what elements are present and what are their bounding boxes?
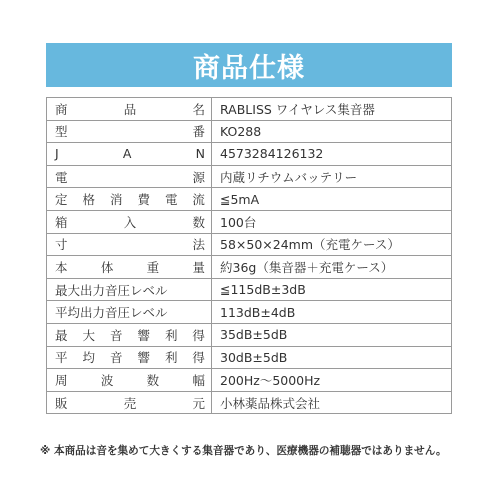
spec-label-char: 響 [137, 348, 150, 366]
spec-label-char: 最 [55, 326, 68, 344]
spec-label-text: 電源 [55, 168, 205, 186]
spec-value: 30dB±5dB [212, 346, 452, 369]
table-row: 平均音響利得30dB±5dB [47, 346, 452, 369]
spec-label-char: 定 [55, 190, 68, 208]
spec-value: ≦5mA [212, 188, 452, 211]
table-row: 平均出力音圧レベル113dB±4dB [47, 301, 452, 324]
spec-label-text: 最大出力音圧レベル [55, 281, 205, 299]
spec-label-char: 元 [192, 394, 205, 412]
spec-label: 定格消費電流 [47, 188, 212, 211]
footnote: ※ 本商品は音を集めて大きくする集音器であり、医療機器の補聴器ではありません。 [40, 443, 447, 458]
spec-label-char: J [55, 146, 59, 161]
spec-label-char: A [123, 146, 132, 161]
spec-label-text: 箱入数 [55, 213, 205, 231]
spec-label: 最大出力音圧レベル [47, 278, 212, 301]
spec-value: 4573284126132 [212, 143, 452, 166]
spec-label-char: 平 [55, 348, 68, 366]
spec-label: 平均出力音圧レベル [47, 301, 212, 324]
spec-label-char: 幅 [192, 371, 205, 389]
spec-label-char: 音 [110, 326, 123, 344]
spec-value: 200Hz〜5000Hz [212, 369, 452, 392]
spec-label-char: 格 [82, 190, 95, 208]
spec-label: 最大音響利得 [47, 323, 212, 346]
spec-label-char: 売 [124, 394, 137, 412]
spec-label-char: 入 [124, 213, 137, 231]
spec-label-char: 数 [192, 213, 205, 231]
spec-value: 100台 [212, 210, 452, 233]
spec-label-text: 本体重量 [55, 258, 205, 276]
spec-label: 本体重量 [47, 256, 212, 279]
spec-value: 35dB±5dB [212, 323, 452, 346]
spec-label-char: 流 [192, 190, 205, 208]
spec-label-char: 寸 [55, 235, 68, 253]
spec-label-char: 型 [55, 122, 68, 140]
spec-label-char: 利 [165, 326, 178, 344]
spec-label-text: 定格消費電流 [55, 190, 205, 208]
spec-value: 小林薬品株式会社 [212, 391, 452, 414]
spec-label-char: 量 [192, 258, 205, 276]
spec-label: 販売元 [47, 391, 212, 414]
spec-value: 58×50×24mm（充電ケース） [212, 233, 452, 256]
spec-label-text: 周波数幅 [55, 371, 205, 389]
spec-label-char: 音 [110, 348, 123, 366]
spec-label-char: 均 [82, 348, 95, 366]
spec-label-char: 響 [137, 326, 150, 344]
spec-label-char: 大 [82, 326, 95, 344]
spec-label-char: 名 [192, 100, 205, 118]
table-row: JAN4573284126132 [47, 143, 452, 166]
spec-label-char: 重 [147, 258, 160, 276]
table-row: 本体重量約36g（集音器＋充電ケース） [47, 256, 452, 279]
spec-label-text: 寸法 [55, 235, 205, 253]
spec-label-char: 利 [165, 348, 178, 366]
spec-label-char: 本 [55, 258, 68, 276]
spec-label: JAN [47, 143, 212, 166]
spec-label: 型番 [47, 120, 212, 143]
spec-value: KO288 [212, 120, 452, 143]
spec-value: ≦115dB±3dB [212, 278, 452, 301]
table-row: 最大出力音圧レベル≦115dB±3dB [47, 278, 452, 301]
table-row: 型番KO288 [47, 120, 452, 143]
spec-label-char: N [196, 146, 205, 161]
spec-table: 商品名RABLISS ワイヤレス集音器型番KO288JAN45732841261… [46, 97, 452, 414]
table-row: 商品名RABLISS ワイヤレス集音器 [47, 98, 452, 121]
table-row: 電源内蔵リチウムバッテリー [47, 165, 452, 188]
spec-label: 周波数幅 [47, 369, 212, 392]
spec-value: 約36g（集音器＋充電ケース） [212, 256, 452, 279]
spec-label-char: 番 [192, 122, 205, 140]
spec-label-text: 型番 [55, 122, 205, 140]
spec-label-char: 電 [165, 190, 178, 208]
spec-header-banner: 商品仕様 [46, 43, 452, 87]
spec-label-text: 販売元 [55, 394, 205, 412]
spec-label: 箱入数 [47, 210, 212, 233]
spec-label-char: 最大出力音圧レベル [55, 281, 168, 299]
spec-value: 内蔵リチウムバッテリー [212, 165, 452, 188]
spec-label: 電源 [47, 165, 212, 188]
spec-label-char: 得 [192, 348, 205, 366]
spec-label-char: 得 [192, 326, 205, 344]
spec-label-text: 商品名 [55, 100, 205, 118]
spec-label-char: 品 [124, 100, 137, 118]
spec-label: 寸法 [47, 233, 212, 256]
table-row: 販売元小林薬品株式会社 [47, 391, 452, 414]
spec-label-char: 体 [101, 258, 114, 276]
spec-label-char: 平均出力音圧レベル [55, 303, 168, 321]
spec-label-char: 電 [55, 168, 68, 186]
page-title: 商品仕様 [193, 46, 305, 85]
spec-label-char: 波 [101, 371, 114, 389]
spec-label-text: 平均出力音圧レベル [55, 303, 205, 321]
spec-label: 商品名 [47, 98, 212, 121]
table-row: 最大音響利得35dB±5dB [47, 323, 452, 346]
table-row: 箱入数100台 [47, 210, 452, 233]
spec-label-char: 法 [192, 235, 205, 253]
spec-label-char: 費 [137, 190, 150, 208]
spec-label-char: 商 [55, 100, 68, 118]
spec-label-text: JAN [55, 146, 205, 161]
spec-value: 113dB±4dB [212, 301, 452, 324]
spec-label-char: 箱 [55, 213, 68, 231]
spec-value: RABLISS ワイヤレス集音器 [212, 98, 452, 121]
spec-label-char: 周 [55, 371, 68, 389]
spec-label-text: 最大音響利得 [55, 326, 205, 344]
spec-label-char: 源 [192, 168, 205, 186]
spec-label-text: 平均音響利得 [55, 348, 205, 366]
spec-label-char: 数 [147, 371, 160, 389]
spec-label-char: 販 [55, 394, 68, 412]
table-row: 周波数幅200Hz〜5000Hz [47, 369, 452, 392]
table-row: 定格消費電流≦5mA [47, 188, 452, 211]
table-row: 寸法58×50×24mm（充電ケース） [47, 233, 452, 256]
spec-label-char: 消 [110, 190, 123, 208]
spec-label: 平均音響利得 [47, 346, 212, 369]
